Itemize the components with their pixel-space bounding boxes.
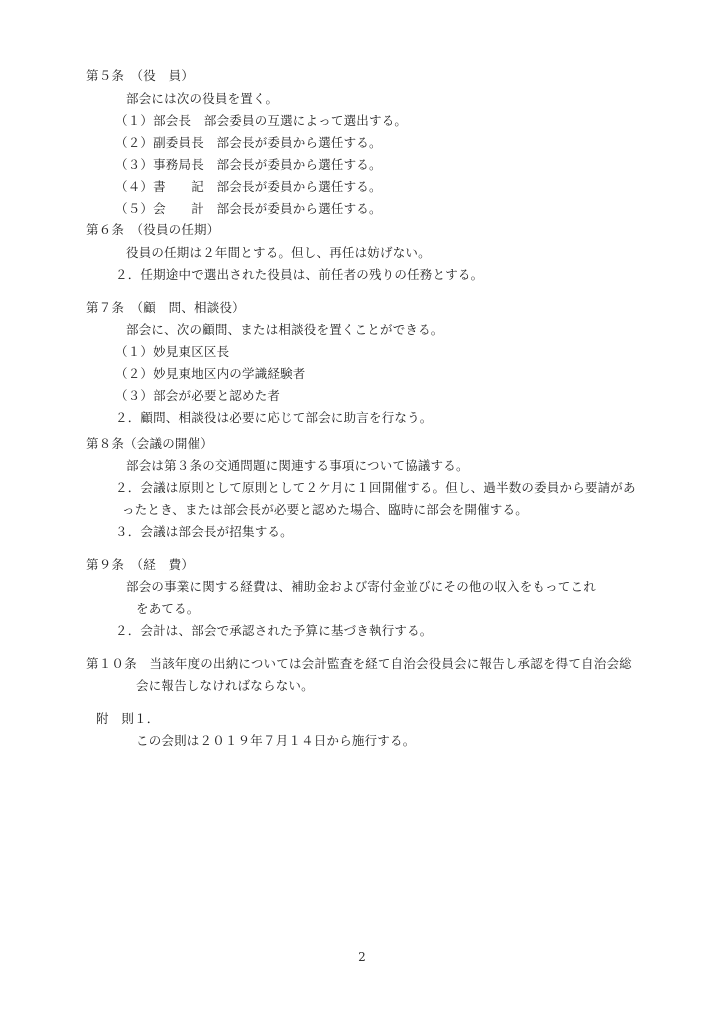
article-10-line: 会に報告しなければならない。 [136,678,314,694]
article-5-item: （１）部会長 部会委員の互選によって選出する。 [115,113,407,129]
article-7-item: （１）妙見東区区長 [115,344,229,360]
supplementary-heading: 附 則１． [96,711,160,727]
article-9-line: をあてる。 [136,601,200,617]
page-number: 2 [0,950,724,964]
article-6-heading: 第６条 （役員の任期） [86,222,219,238]
article-8-line: ったとき、または部会長が必要と認めた場合、臨時に部会を開催する。 [122,502,528,518]
article-5-item: （４）書 記 部会長が委員から選任する。 [115,179,382,195]
article-5-item: （３）事務局長 部会長が委員から選任する。 [115,157,382,173]
article-7-line: 部会に、次の顧問、または相談役を置くことができる。 [126,322,444,338]
article-7-line: ２．顧問、相談役は必要に応じて部会に助言を行なう。 [115,410,433,426]
supplementary-line: この会則は２０１９年７月１４日から施行する。 [136,733,415,749]
article-6-line: ２．任期途中で選出された役員は、前任者の残りの任務とする。 [115,267,483,283]
article-8-heading: 第８条（会議の開催） [86,436,213,452]
article-9-heading: 第９条 （経 費） [86,557,194,573]
article-8-line: ３．会議は部会長が招集する。 [115,524,293,540]
article-5-item: （５）会 計 部会長が委員から選任する。 [115,201,382,217]
article-5-line: 部会には次の役員を置く。 [126,91,278,107]
article-5-item: （２）副委員長 部会長が委員から選任する。 [115,135,382,151]
article-7-item: （２）妙見東地区内の学識経験者 [115,366,306,382]
article-8-line: ２．会議は原則として原則として２ケ月に１回開催する。但し、過半数の委員から要請が… [115,480,636,496]
article-9-line: 部会の事業に関する経費は、補助金および寄付金並びにその他の収入をもってこれ [126,579,596,595]
article-6-line: 役員の任期は２年間とする。但し、再任は妨げない。 [126,245,431,261]
article-9-line: ２．会計は、部会で承認された予算に基づき執行する。 [115,623,433,639]
article-5-heading: 第５条 （役 員） [86,68,194,84]
article-8-line: 部会は第３条の交通問題に関連する事項について協議する。 [126,458,469,474]
article-7-item: （３）部会が必要と認めた者 [115,388,280,404]
document-page: 第５条 （役 員） 部会には次の役員を置く。 （１）部会長 部会委員の互選によっ… [0,0,724,1024]
article-10-heading: 第１０条 当該年度の出納については会計監査を経て自治会役員会に報告し承認を得て自… [86,656,632,672]
article-7-heading: 第７条 （顧 問、相談役） [86,300,245,316]
